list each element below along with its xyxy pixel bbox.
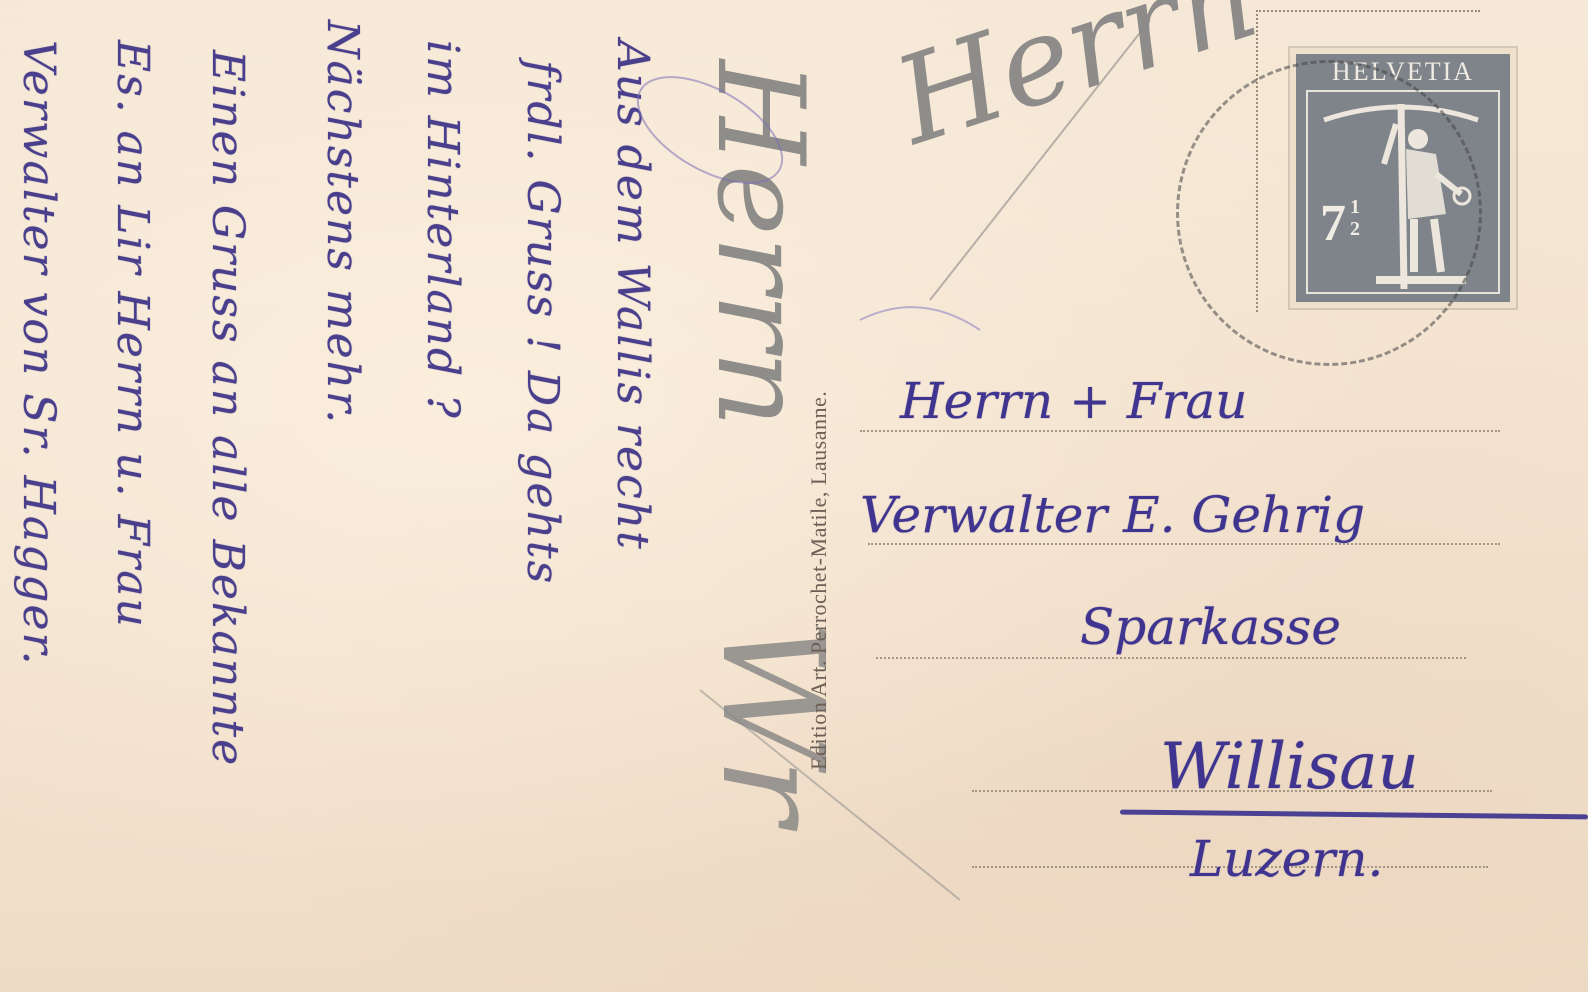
address-town: Willisau [1160,730,1419,804]
address-institution: Sparkasse [1080,598,1341,656]
address-line-3 [876,657,1466,659]
address-recipient: Herrn + Frau [900,372,1248,430]
address-line-1 [860,430,1500,432]
postmark [1176,60,1482,366]
address-title-name: Verwalter E. Gehrig [860,486,1365,544]
publisher-imprint: Edition Art. Perrochet-Matile, Lausanne. [806,130,832,770]
postcard-back: Aus dem Wallis recht frdl. Gruss ! Da ge… [0,0,1588,992]
address-canton: Luzern. [1190,830,1383,888]
